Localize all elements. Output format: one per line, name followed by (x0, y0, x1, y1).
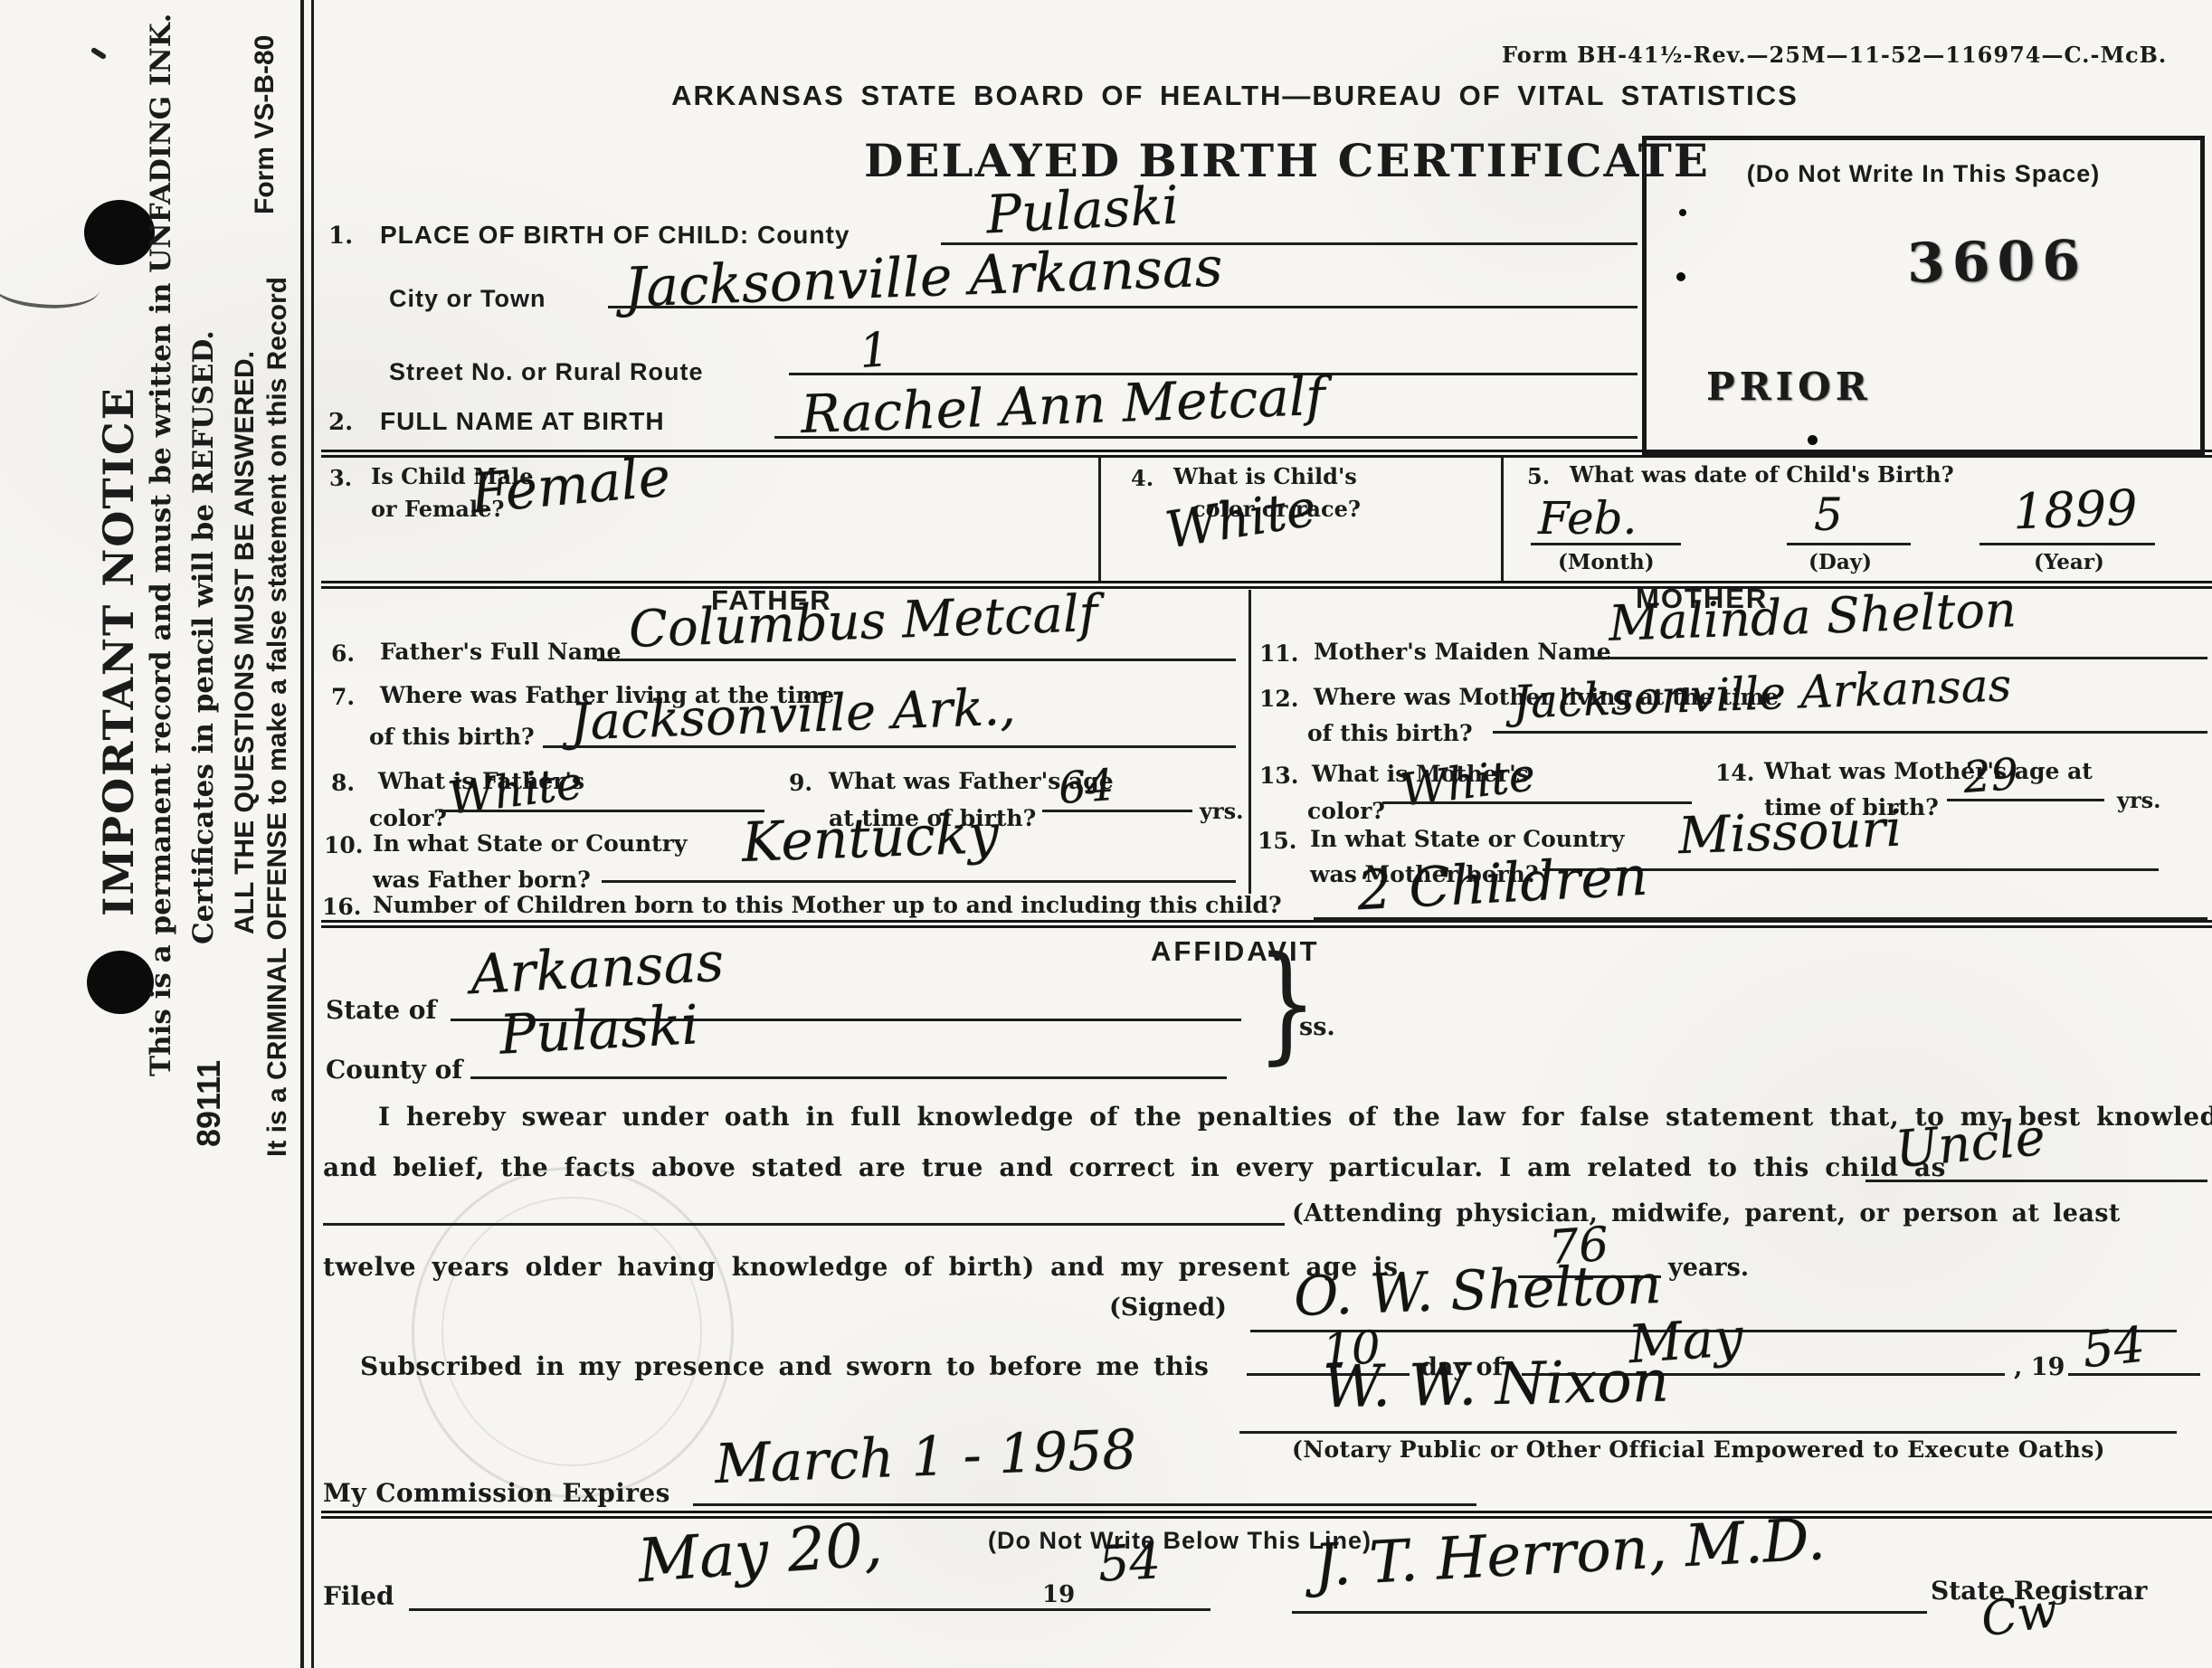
commission-value: March 1 - 1958 (714, 1418, 1138, 1496)
ss-label: ss. (1299, 1013, 1335, 1041)
field16-line (1314, 917, 2207, 920)
year-prefix-label: , 19 (2014, 1353, 2065, 1381)
field10-value: Kentucky (741, 802, 1000, 875)
field6-line (597, 659, 1236, 661)
field10-number: 10. (324, 832, 364, 858)
agency-title: ARKANSAS STATE BOARD OF HEALTH—BUREAU OF… (597, 80, 1873, 112)
field1-city-line (608, 306, 1638, 308)
field10-label-line1: In what State or Country (373, 830, 687, 857)
registrar-signature: J. T. Herron, M.D. (1312, 1506, 1827, 1600)
field8-label-line2: color? (369, 805, 447, 831)
field11-number: 11. (1259, 640, 1299, 667)
field1-street-label: Street No. or Rural Route (389, 358, 704, 386)
hole-punch-bottom (87, 951, 154, 1014)
field13-value: White (1398, 748, 1538, 817)
left-border-outer (300, 0, 304, 1668)
sworn-year-value: 54 (2080, 1316, 2148, 1379)
field1-street-value: 1 (858, 323, 891, 379)
field5-month-line (1531, 543, 1681, 545)
field13-line (1382, 801, 1692, 804)
subscribed-label: Subscribed in my presence and sworn to b… (360, 1351, 1209, 1381)
notary-signature: W. W. Nixon (1322, 1349, 1669, 1422)
field3-number: 3. (329, 465, 352, 491)
field7-line (543, 745, 1236, 748)
affiant-signature: O. W. Shelton (1293, 1253, 1663, 1329)
field5-number: 5. (1527, 463, 1550, 489)
field10-line (602, 880, 1236, 883)
affidavit-state-label: State of (326, 995, 437, 1025)
pen-scratch-mark (0, 261, 101, 315)
column-divider (1501, 458, 1504, 581)
field2-line (774, 436, 1638, 439)
field9-value: 64 (1057, 760, 1115, 814)
left-border-inner (311, 0, 314, 1668)
sidebar-form-code: Form VS-B-80 (250, 14, 280, 235)
field11-line (1590, 657, 2207, 659)
field14-label-line1: What was Mother's age at (1764, 758, 2093, 784)
field12-value: Jacksonville Arkansas (1512, 659, 2012, 728)
notary-signature-line (1239, 1431, 2177, 1434)
field13-number: 13. (1259, 763, 1299, 789)
filed-year-prefix: 19 (1042, 1581, 1075, 1608)
filed-date-value: May 20, (636, 1510, 885, 1597)
sidebar-pencil-refused-notice: Certificates in pencil will be REFUSED. (187, 262, 220, 1013)
sworn-year-line (2068, 1373, 2200, 1376)
field2-label: FULL NAME AT BIRTH (380, 407, 665, 436)
field7-label-line2: of this birth? (369, 724, 535, 750)
field15-value: Missouri (1677, 800, 1903, 867)
ink-speck (1676, 272, 1685, 281)
field5-year-line (1979, 543, 2155, 545)
field5-month-value: Feb. (1538, 492, 1637, 545)
field10-label-line2: was Father born? (373, 867, 591, 893)
field16-label: Number of Children born to this Mother u… (373, 892, 1282, 918)
field8-number: 8. (331, 770, 355, 796)
sidebar-criminal-offense-notice: It is a CRIMINAL OFFENSE to make a false… (262, 213, 293, 1221)
signed-label: (Signed) (1109, 1294, 1227, 1322)
field15-number: 15. (1258, 828, 1297, 854)
sidebar-permanent-record-notice: This is a permanent record and must be w… (145, 118, 177, 1076)
father-mother-divider (1248, 590, 1251, 894)
relationship-value: Uncle (1893, 1108, 2047, 1180)
commission-label: My Commission Expires (323, 1478, 670, 1508)
field8-value: White (445, 756, 585, 825)
ink-speck (90, 47, 107, 61)
sidebar-important-notice: IMPORTANT NOTICE (94, 344, 143, 959)
ink-speck (1808, 435, 1818, 445)
field1-county-value: Pulaski (984, 174, 1180, 245)
field16-value: 2 Children (1355, 845, 1649, 924)
field6-number: 6. (331, 640, 355, 667)
field14-number: 14. (1715, 760, 1755, 786)
affidavit-county-label: County of (326, 1055, 462, 1085)
filed-line (409, 1608, 1210, 1611)
form-number: Form BH-41½-Rev.—25M—11-52—116974—C.-McB… (1502, 42, 2167, 68)
relationship-line (1865, 1180, 2207, 1182)
prior-stamp: PRIOR (1706, 365, 1872, 409)
page-title: DELAYED BIRTH CERTIFICATE (864, 134, 1624, 187)
sidebar-questions-answered-notice: ALL THE QUESTIONS MUST BE ANSWERED. (230, 244, 261, 1040)
affidavit-county-line (470, 1076, 1227, 1079)
field13-label-line2: color? (1307, 798, 1385, 824)
field6-value: Columbus Metcalf (628, 584, 1098, 659)
field5-year-value: 1899 (2012, 479, 2139, 541)
filed-label: Filed (323, 1581, 394, 1611)
column-divider (1098, 458, 1101, 581)
field9-unit-label: yrs. (1200, 798, 1243, 824)
horizontal-rule (321, 920, 2212, 928)
registrar-mark: Cw (1978, 1583, 2061, 1647)
field2-number: 2. (328, 409, 353, 436)
notary-seal-inner-ring (441, 1197, 702, 1466)
field12-number: 12. (1259, 686, 1299, 712)
registrar-signature-line (1292, 1611, 1927, 1614)
notary-label: (Notary Public or Other Official Empower… (1292, 1436, 2105, 1463)
commission-line (693, 1503, 1476, 1506)
field12-line (1493, 731, 2207, 734)
field5-month-sublabel: (Month) (1558, 550, 1655, 574)
scanned-birth-certificate: IMPORTANT NOTICE This is a permanent rec… (0, 0, 2212, 1668)
field9-line (1042, 810, 1192, 812)
field14-unit-label: yrs. (2117, 787, 2160, 813)
field14-value: 29 (1961, 749, 2020, 803)
field16-number: 16. (322, 894, 362, 920)
ink-speck (1679, 209, 1686, 216)
field5-year-sublabel: (Year) (2034, 550, 2104, 574)
field5-day-value: 5 (1814, 488, 1843, 541)
ss-brace: } (1257, 941, 1317, 1067)
field6-label: Father's Full Name (380, 639, 621, 665)
affidavit-county-value: Pulaski (498, 993, 700, 1066)
attending-note: (Attending physician, midwife, parent, o… (1292, 1199, 2121, 1227)
oath-paragraph-line2: and belief, the facts above stated are t… (323, 1152, 1946, 1182)
field9-number: 9. (789, 770, 812, 796)
field11-label: Mother's Maiden Name (1314, 639, 1611, 665)
field5-label: What was date of Child's Birth? (1570, 461, 1954, 488)
field14-line (1947, 799, 2104, 801)
attending-blank-line (323, 1223, 1285, 1226)
field7-number: 7. (331, 684, 355, 710)
horizontal-rule (321, 1511, 2212, 1519)
field1-number: 1. (328, 223, 353, 250)
do-not-write-box-label: (Do Not Write In This Space) (1647, 160, 2200, 188)
field4-value: White (1162, 479, 1320, 560)
filed-year-value: 54 (1097, 1532, 1162, 1593)
field4-number: 4. (1131, 465, 1153, 491)
field1-city-label: City or Town (389, 285, 546, 313)
oath-paragraph-line3: twelve years older having knowledge of b… (323, 1252, 1399, 1282)
field8-line (439, 810, 764, 812)
field12-label-line2: of this birth? (1307, 720, 1473, 746)
years-label: years. (1668, 1254, 1749, 1282)
field5-day-sublabel: (Day) (1809, 550, 1872, 574)
do-not-write-box: (Do Not Write In This Space) 3606 PRIOR (1642, 136, 2205, 457)
field5-day-line (1787, 543, 1911, 545)
field1-label: PLACE OF BIRTH OF CHILD: County (380, 221, 850, 250)
certificate-number-stamp: 3606 (1906, 229, 2087, 295)
sidebar-serial-number: 89111 (190, 1031, 228, 1176)
